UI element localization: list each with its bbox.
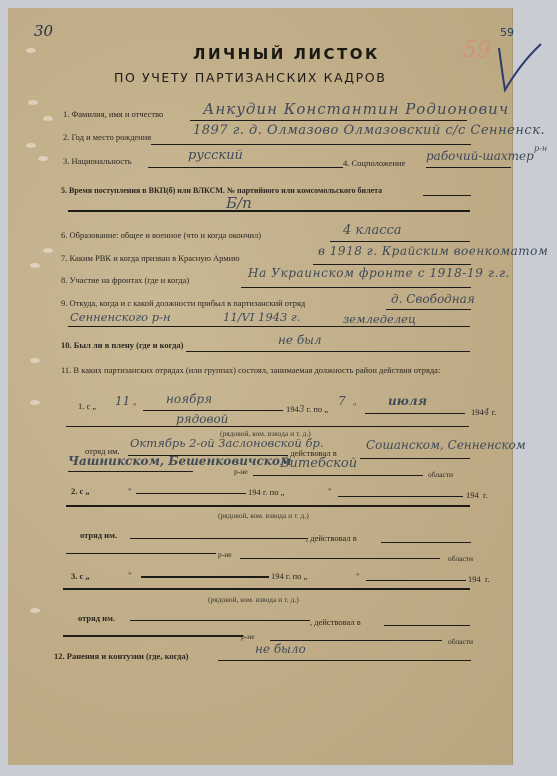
entry1-from-year-digit[interactable]: 3: [299, 405, 305, 415]
field-value-wounds[interactable]: не было: [255, 642, 306, 656]
entry3-year-suffix: г.: [485, 574, 490, 584]
underline: [141, 576, 269, 578]
entry1-to-day[interactable]: 7: [338, 394, 346, 408]
punch-mark: [30, 400, 40, 405]
punch-mark: [43, 248, 53, 253]
underline: [63, 635, 243, 637]
entry1-to-year-digit[interactable]: 4: [484, 408, 490, 418]
underline: [190, 120, 467, 121]
entry2-district-label: р-не: [218, 550, 232, 559]
entry2-to-year-prefix: 194: [466, 490, 479, 500]
field-value-social[interactable]: рабочий-шахтер: [426, 149, 534, 163]
underline: [148, 167, 343, 168]
field-value-captivity[interactable]: не был: [278, 333, 322, 347]
entry2-position-caption: (рядовой, ком. взвода и т. д.): [218, 511, 309, 520]
field-value-party[interactable]: Б/п: [226, 194, 252, 212]
punch-mark: [30, 358, 40, 363]
page-number: 30: [34, 22, 53, 40]
underline: [143, 410, 283, 411]
underline: [381, 542, 471, 543]
underline: [330, 241, 470, 242]
field-label-nationality: 3. Национальность: [63, 156, 132, 166]
entry2-detachment-label: отряд им.: [80, 530, 117, 540]
entry3-position-caption: (рядовой, ком. взвода и т. д.): [208, 595, 299, 604]
entry1-region-label: области: [428, 470, 453, 479]
underline: [136, 493, 246, 494]
entry1-year-suffix: г.: [492, 407, 497, 417]
entry1-to-label: г. по „: [307, 404, 328, 414]
entry2-year-suffix: г.: [483, 490, 488, 500]
punch-mark: [30, 263, 40, 268]
underline: [68, 210, 470, 212]
entry1-position[interactable]: рядовой: [176, 412, 228, 426]
punch-mark: [43, 116, 53, 121]
check-mark-icon: [493, 38, 543, 93]
field-value-name[interactable]: Анкудин Константин Родионович: [203, 100, 509, 118]
underline: [151, 144, 471, 145]
underline: [218, 660, 471, 661]
field-value-fronts[interactable]: На Украинском фронте с 1918-19 г.г.: [248, 266, 510, 280]
entry3-to-year-prefix: 194: [468, 574, 481, 584]
field-value-birth-extra: р-н: [534, 144, 547, 153]
field-label-education: 6. Образование: общее и военное (что и к…: [61, 230, 261, 240]
entry1-to-year-prefix: 194: [471, 407, 484, 417]
field-value-arrival-2b[interactable]: 11/VI 1943 г.: [223, 310, 300, 324]
underline: [186, 351, 470, 352]
entry1-from-year-prefix: 194: [286, 404, 299, 414]
page-title: ЛИЧНЫЙ ЛИСТОК: [193, 45, 380, 63]
field-label-party: 5. Время поступления в ВКП(б) или ВЛКСМ.…: [61, 186, 382, 195]
underline: [66, 505, 470, 507]
underline: [365, 413, 465, 414]
entry1-region[interactable]: Витебской: [280, 456, 357, 471]
field-label-wounds: 12. Ранения и контузии (где, когда): [54, 651, 188, 661]
field-value-arrival-1[interactable]: д. Свободная: [391, 292, 475, 306]
field-value-arrival-2a[interactable]: Сенненского р-н: [70, 310, 171, 324]
underline: [130, 620, 310, 621]
underline: [313, 264, 471, 265]
entry1-from-day[interactable]: 11: [115, 394, 130, 408]
field-value-arrival-2c[interactable]: земледелец: [343, 312, 416, 326]
punch-mark: [28, 100, 38, 105]
entry2-to-label: г. по „: [263, 487, 284, 497]
entry1-to-month[interactable]: июля: [388, 394, 427, 408]
entry2-from-year-prefix: 194: [248, 487, 261, 497]
field-label-social: 4. Соцположение: [343, 158, 405, 168]
field-label-arrival: 9. Откуда, когда и с какой должности при…: [61, 298, 305, 308]
field-label-birth: 2. Год и место рождения: [63, 132, 151, 142]
punch-mark: [38, 156, 48, 161]
page-subtitle: ПО УЧЕТУ ПАРТИЗАНСКИХ КАДРОВ: [114, 70, 386, 85]
document-page: 30 59 59 ЛИЧНЫЙ ЛИСТОК ПО УЧЕТУ ПАРТИЗАН…: [8, 8, 513, 765]
underline: [386, 309, 471, 310]
underline: [384, 625, 470, 626]
underline: [66, 553, 216, 554]
field-value-nationality[interactable]: русский: [188, 148, 243, 163]
underline: [66, 426, 469, 427]
entry3-detachment-label: отряд им.: [78, 613, 115, 623]
underline: [426, 167, 511, 168]
underline: [130, 538, 308, 539]
underline: [63, 588, 470, 590]
punch-mark: [26, 48, 36, 53]
entry1-from-label: 1. с „: [78, 401, 96, 411]
underline: [366, 580, 466, 581]
entry2-acted-label: , действовал в: [306, 533, 357, 543]
entry1-acted-in[interactable]: Сошанском, Сенненском: [366, 438, 526, 452]
entry3-acted-label: , действовал в: [310, 617, 361, 627]
field-label-detachments: 11. В каких партизанских отрядах (или гр…: [61, 365, 481, 376]
entry3-to-label: г. по „: [286, 571, 307, 581]
entry1-acted-in-2[interactable]: Чашникском, Бешенковичском: [68, 454, 291, 468]
field-label-name: 1. Фамилия, имя и отчество: [63, 109, 163, 119]
entry3-district-label: р-не: [241, 632, 255, 641]
field-value-birth[interactable]: 1897 г. д. Олмазово Олмазовский с/с Сенн…: [193, 123, 545, 138]
red-archive-number: 59: [463, 38, 491, 63]
entry2-from-label: 2. с „: [71, 486, 90, 496]
field-value-military[interactable]: в 1918 г. Крайским военкоматом: [318, 244, 548, 258]
field-label-captivity: 10. Был ли в плену (где и когда): [61, 340, 183, 350]
field-label-military: 7. Каким РВК и когда призван в Красную А…: [61, 253, 240, 263]
underline: [68, 471, 193, 472]
punch-mark: [30, 608, 40, 613]
entry1-district-label: р-не: [234, 467, 248, 476]
underline: [241, 287, 471, 288]
field-label-fronts: 8. Участие на фронтах (где и когда): [61, 275, 189, 285]
entry3-from-label: 3. с „: [71, 571, 90, 581]
field-value-education[interactable]: 4 класса: [343, 223, 402, 238]
entry3-from-year-prefix: 194: [271, 571, 284, 581]
entry1-from-month[interactable]: ноября: [166, 392, 212, 406]
entry2-region-label: области: [448, 554, 473, 563]
underline: [253, 475, 423, 476]
underline: [360, 458, 470, 459]
underline: [423, 195, 471, 196]
underline: [240, 558, 440, 559]
entry3-region-label: области: [448, 637, 473, 646]
underline: [68, 326, 470, 327]
punch-mark: [26, 143, 36, 148]
underline: [338, 496, 463, 497]
underline: [270, 640, 442, 641]
